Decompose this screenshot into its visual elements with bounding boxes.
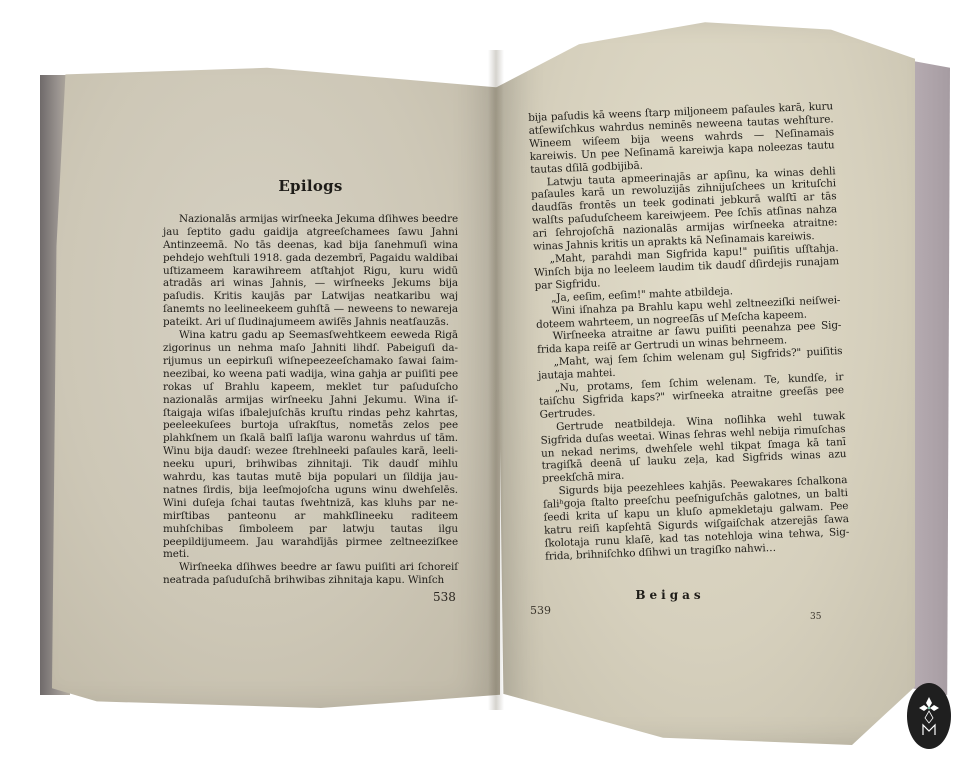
paragraph: Latwju tauta apmeerinajās ar apſinu, ka …	[530, 165, 838, 254]
signature-mark: 35	[810, 612, 821, 622]
watermark-logo	[907, 683, 951, 749]
paragraph: Gertrude neatbildeja. Wina noſlihka wehl…	[540, 410, 847, 486]
page-number-right: 539	[530, 604, 551, 617]
left-page-text: Epilogs Nazionalās armijas wirſneeka Jek…	[163, 180, 458, 587]
page-number-left: 538	[433, 590, 456, 604]
paragraph: bija paſudis kā weens ſtarp miljoneem pa…	[528, 100, 835, 176]
paragraph: Wina katru gadu ap Seemasſwehtkeem eewed…	[163, 329, 458, 561]
diamond-flower-M-logo-icon	[913, 691, 945, 741]
open-book-photo: Epilogs Nazionalās armijas wirſneeka Jek…	[0, 0, 967, 768]
book-gutter	[488, 50, 504, 710]
chapter-title: Epilogs	[163, 180, 458, 193]
paragraph: Sigurds bija peezehlees kahjās. Peewakar…	[542, 474, 850, 563]
right-page-text: bija paſudis kā weens ſtarp miljoneem pa…	[528, 100, 850, 563]
paragraph: Nazionalās armijas wirſneeka Jekuma dſih…	[163, 213, 458, 329]
end-mark: Beigas	[630, 588, 710, 602]
paragraph: Wirſneeka dſihwes beedre ar ſawu puiſiti…	[163, 561, 458, 587]
